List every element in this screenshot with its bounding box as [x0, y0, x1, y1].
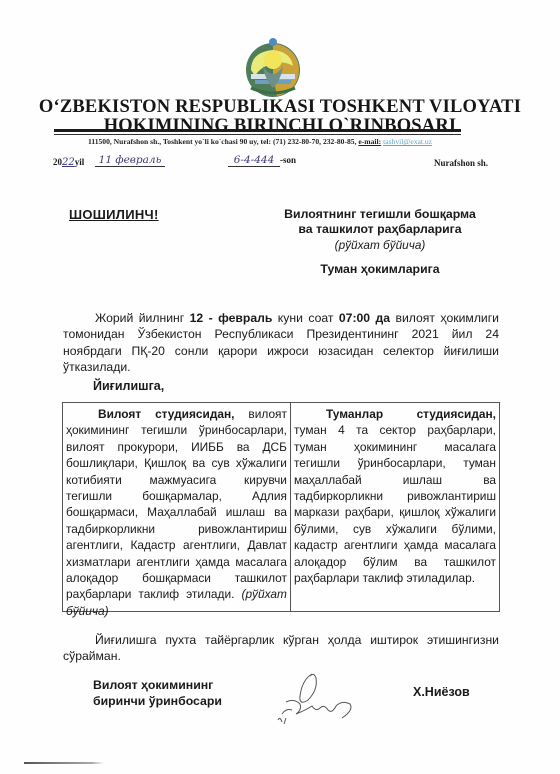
table-cell-district-studio: Туманлар студиясидан, туман 4 та сектор …	[291, 403, 499, 611]
document-meta-row: 2022yil 11 февраль 6-4-444-son Nurafshon…	[0, 153, 560, 173]
addressee-note: (рўйхат бўйича)	[270, 238, 490, 252]
urgent-label: ШОШИЛИНЧ!	[69, 207, 159, 222]
year-handwritten: 22	[62, 157, 75, 168]
signatory-title-line2: биринчи ўринбосари	[93, 693, 222, 709]
address-text: 111500, Nurafshon sh., Toshkent yo`li ko…	[88, 137, 357, 146]
state-emblem-icon	[237, 36, 309, 98]
letterhead-title-line1: O‘ZBEKISTON RESPUBLIKASI TOSHKENT VILOYA…	[0, 97, 560, 118]
signatory-title: Вилоят ҳокимининг биринчи ўринбосари	[93, 677, 222, 709]
participants-table: Вилоят студиясидан, вилоят ҳокимининг те…	[62, 402, 500, 612]
cell-text: вилоят ҳокимининг тегишли ўринбосарлари,…	[66, 407, 287, 601]
table-cell-regional-studio: Вилоят студиясидан, вилоят ҳокимининг те…	[63, 403, 291, 611]
email-label: e-mail:	[358, 137, 381, 146]
meeting-label: Йиғилишга,	[93, 379, 164, 393]
intro-date: 12 - февраль	[190, 311, 273, 325]
signatory-name: Х.Ниёзов	[413, 685, 470, 699]
letterhead-address: 111500, Nurafshon sh., Toshkent yo`li ko…	[0, 137, 520, 146]
addressee-line4: Туман ҳокимларига	[270, 262, 490, 276]
addressee-line1: Вилоятнинг тегишли бошқарма	[270, 207, 490, 221]
intro-time: 07:00 да	[339, 311, 390, 325]
number-handwritten: 6-4-444	[228, 154, 280, 167]
closing-paragraph: Йиғилишга пухта тайёргарлик кўрган ҳолда…	[63, 632, 499, 665]
addressee-line2: ва ташкилот раҳбарларига	[270, 222, 490, 236]
cell-text: туман 4 та сектор раҳбарлари, туман ҳоки…	[294, 423, 496, 585]
signatory-title-line1: Вилоят ҳокимининг	[93, 677, 222, 693]
year-suffix: yil	[75, 157, 85, 167]
year-prefix: 20	[53, 157, 62, 167]
meta-number: 6-4-444-son	[228, 154, 296, 167]
document-page: O‘ZBEKISTON RESPUBLIKASI TOSHKENT VILOYA…	[0, 0, 560, 774]
meta-year: 2022yil	[53, 157, 84, 168]
meta-city: Nurafshon sh.	[434, 158, 488, 168]
footer-line	[24, 762, 104, 764]
email-link[interactable]: tashvil@exat.uz	[383, 137, 432, 146]
handwritten-signature-icon	[272, 670, 362, 730]
number-suffix: -son	[280, 155, 296, 165]
cell-lead: Вилоят студиясидан,	[66, 407, 235, 421]
date-handwritten: 11 февраль	[95, 154, 165, 167]
letterhead-rule-thin	[54, 134, 461, 135]
cell-lead: Туманлар студиясидан,	[294, 407, 496, 421]
intro-text-1: Жорий йилнинг	[95, 311, 190, 325]
intro-paragraph: Жорий йилнинг 12 - февраль куни соат 07:…	[63, 310, 499, 376]
letterhead-rule-thick	[54, 129, 461, 132]
intro-text-2: куни соат	[272, 311, 339, 325]
